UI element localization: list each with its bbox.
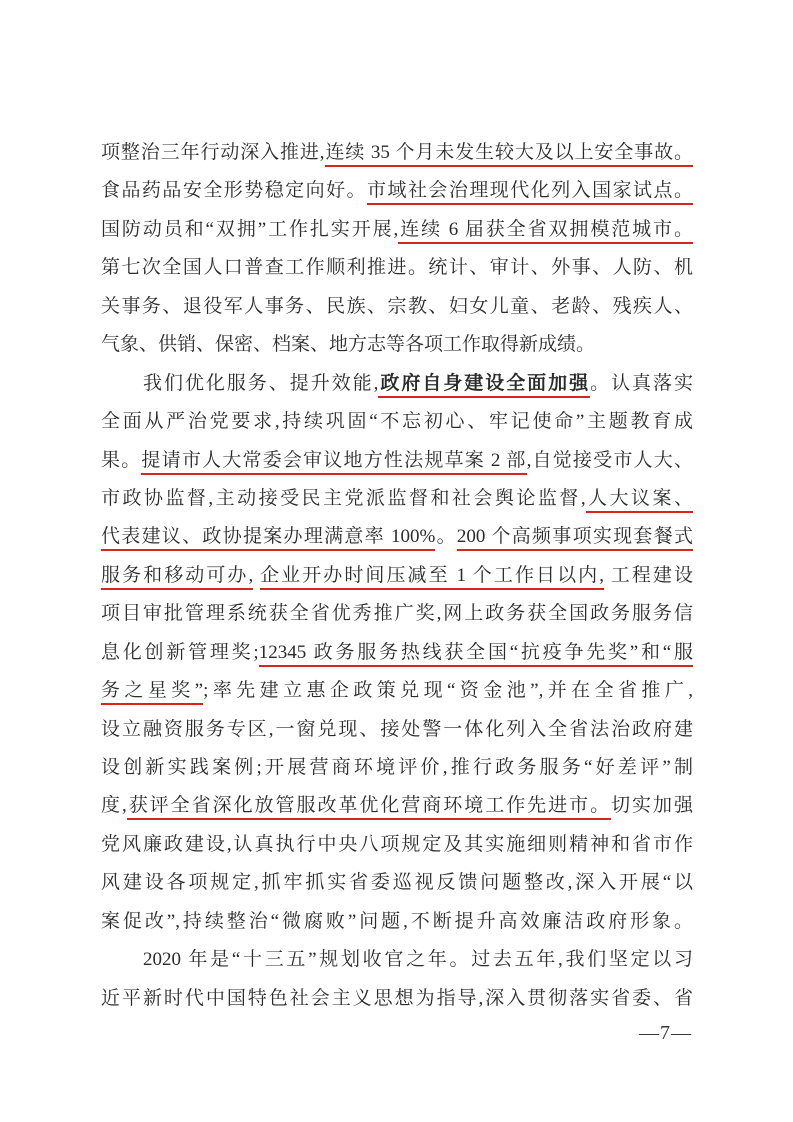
text-segment: 第七次全国人口普查工作顺利推进。统计、审计、外事、人防、机 [101,257,693,278]
text-segment: 国防动员和“双拥”工作扎实开展, [101,219,398,240]
text-line: 代表建议、政协提案办理满意率 100%。200 个高频事项实现套餐式 [101,518,693,556]
text-line: 党风廉政建设,认真执行中央八项规定及其实施细则精神和省市作 [101,826,693,864]
text-segment: ;率先建立惠企政策兑现“资金池”,并在全省推广, [203,680,693,701]
underlined-text: 务之星奖” [101,680,203,705]
text-line: 项整治三年行动深入推进,连续 35 个月未发生较大及以上安全事故。 [101,134,693,172]
underlined-text: 政府自身建设全面加强 [378,373,590,398]
underlined-text: 获评全省深化放管服改革优化营商环境工作先进市。 [127,795,611,820]
text-segment: 度, [101,795,127,816]
text-line: 风建设各项规定,抓牢抓实省委巡视反馈问题整改,深入开展“以 [101,864,693,902]
underlined-text: 代表建议、政协提案办理满意率 100% [101,526,435,551]
text-line: 气象、供销、保密、档案、地方志等各项工作取得新成绩。 [101,326,693,364]
text-segment: 设创新实践案例;开展营商环境评价,推行政务服务“好差评”制 [101,757,693,778]
text-segment: 关事务、退役军人事务、民族、宗教、妇女儿童、老龄、残疾人、 [101,296,693,317]
text-line: 项目审批管理系统获全省优秀推广奖,网上政务获全国政务服务信 [101,595,693,633]
text-line: 度,获评全省深化放管服改革优化营商环境工作先进市。切实加强 [101,787,693,825]
text-segment: 项目审批管理系统获全省优秀推广奖,网上政务获全国政务服务信 [101,603,693,624]
text-segment: 食品药品安全形势稳定向好。 [101,180,367,201]
underlined-text: 提请市人大常委会审议地方性法规草案 2 部 [141,450,526,475]
text-line: 我们优化服务、提升效能,政府自身建设全面加强。认真落实 [101,365,693,403]
text-segment: 全面从严治党要求,持续巩固“不忘初心、牢记使命”主题教育成 [101,411,693,432]
document-page: 项整治三年行动深入推进,连续 35 个月未发生较大及以上安全事故。食品药品安全形… [0,0,793,1122]
text-segment: 气象、供销、保密、档案、地方志等各项工作取得新成绩。 [101,334,595,355]
underlined-text: 市域社会治理现代化列入国家试点。 [367,180,693,205]
text-segment: 工程建设 [604,565,693,586]
text-line: 果。提请市人大常委会审议地方性法规草案 2 部,自觉接受市人大、 [101,442,693,480]
text-line: 息化创新管理奖;12345 政务服务热线获全国“抗疫争先奖”和“服 [101,634,693,672]
text-line: 食品药品安全形势稳定向好。市域社会治理现代化列入国家试点。 [101,172,693,210]
text-line: 市政协监督,主动接受民主党派监督和社会舆论监督,人大议案、 [101,480,693,518]
text-segment: 项整治三年行动深入推进, [101,142,325,163]
underlined-text: 企业开办时间压减至 1 个工作日以内, [260,565,604,590]
text-segment: 案促改”,持续整治“微腐败”问题,不断提升高效廉洁政府形象。 [101,911,693,932]
text-line: 务之星奖”;率先建立惠企政策兑现“资金池”,并在全省推广, [101,672,693,710]
underlined-text: 连续 35 个月未发生较大及以上安全事故。 [325,142,693,167]
text-segment: 近平新时代中国特色社会主义思想为指导,深入贯彻落实省委、省 [101,988,693,1009]
text-segment: 市政协监督,主动接受民主党派监督和社会舆论监督, [101,488,586,509]
underlined-text: 200 个高频事项实现套餐式 [457,526,693,551]
underlined-text: 人大议案、 [586,488,693,513]
underlined-text: 连续 6 届获全省双拥模范城市。 [398,219,693,244]
text-segment: 2020 年是“十三五”规划收官之年。过去五年,我们坚定以习 [143,949,693,970]
text-line: 2020 年是“十三五”规划收官之年。过去五年,我们坚定以习 [101,941,693,979]
text-segment: 切实加强 [611,795,693,816]
text-line: 案促改”,持续整治“微腐败”问题,不断提升高效廉洁政府形象。 [101,903,693,941]
text-segment: 。认真落实 [590,373,693,394]
text-segment: 果。 [101,450,141,471]
text-segment: 党风廉政建设,认真执行中央八项规定及其实施细则精神和省市作 [101,834,693,855]
underlined-text: 服务和移动可办, [101,565,253,590]
text-segment: 。 [435,526,457,547]
text-segment: ,自觉接受市人大、 [527,450,693,471]
text-line: 全面从严治党要求,持续巩固“不忘初心、牢记使命”主题教育成 [101,403,693,441]
page-number: —7— [639,1022,692,1045]
text-line: 近平新时代中国特色社会主义思想为指导,深入贯彻落实省委、省 [101,980,693,1018]
text-line: 服务和移动可办, 企业开办时间压减至 1 个工作日以内, 工程建设 [101,557,693,595]
text-line: 关事务、退役军人事务、民族、宗教、妇女儿童、老龄、残疾人、 [101,288,693,326]
text-line: 第七次全国人口普查工作顺利推进。统计、审计、外事、人防、机 [101,249,693,287]
text-line: 设立融资服务专区,一窗兑现、接处警一体化列入全省法治政府建 [101,711,693,749]
text-segment: 我们优化服务、提升效能, [143,373,378,394]
text-segment: 风建设各项规定,抓牢抓实省委巡视反馈问题整改,深入开展“以 [101,872,693,893]
text-segment: 息化创新管理奖; [101,642,259,663]
text-line: 设创新实践案例;开展营商环境评价,推行政务服务“好差评”制 [101,749,693,787]
text-line: 国防动员和“双拥”工作扎实开展,连续 6 届获全省双拥模范城市。 [101,211,693,249]
text-segment: 设立融资服务专区,一窗兑现、接处警一体化列入全省法治政府建 [101,719,693,740]
underlined-text: 12345 政务服务热线获全国“抗疫争先奖”和“服 [259,642,693,667]
text-block: 项整治三年行动深入推进,连续 35 个月未发生较大及以上安全事故。食品药品安全形… [101,134,693,1018]
